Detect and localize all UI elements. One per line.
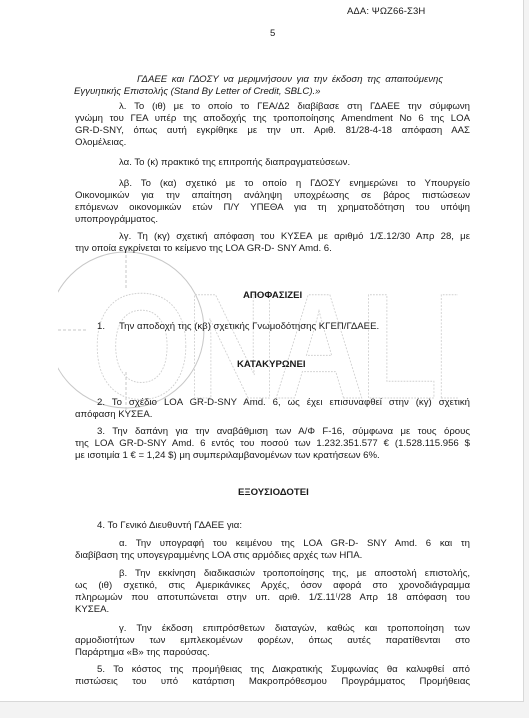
para-lambda-b-1: λβ. Το (κα) σχετικό με το οποίο η ΓΔΟΣΥ … [119,178,470,190]
para-lambda-3: GR-D-SNY, όπως αυτή εγκρίθηκε με την υπ.… [75,125,470,137]
para-lambda-1: λ. Το (ιθ) με το οποίο το ΓΕΑ/Δ2 διαβίβα… [119,101,470,113]
para-lambda-g-2: την οποία εγκρίνεται το κείμενο της LOA … [75,243,332,255]
document-page: ΑΔΑ: ΨΩΖ66-Σ3Η 5 ONALERT ΓΔΑΕΕ και ΓΔΟΣΥ… [0,0,524,702]
item-5-line-2: πιστώσεις του υπό κατάρτιση Μακροπρόθεσμ… [75,676,470,688]
item-1-text: Την αποδοχή της (κβ) σχετικής Γνωμοδότησ… [119,321,379,333]
intro-line-2: Εγγυητικής Επιστολής (Stand By Letter of… [74,86,321,98]
item-4b-line-1: β. Την εκκίνηση διαδικασιών τροποποίησης… [119,568,470,580]
item-1-number: 1. [97,321,105,333]
item-3-line-3: με ισοτιμία 1 € = 1,24 $) μη συμπεριλαμβ… [75,450,380,462]
para-lambda-4: Ολομέλειας. [75,137,126,149]
item-5-line-1: 5. Το κόστος της προμήθειας της Διακρατι… [97,664,470,676]
item-3-line-1: 3. Την δαπάνη για την αναβάθμιση των Α/Φ… [97,426,470,438]
item-3-line-2: της LOA GR-D-SNY Amd. 6 εντός του ποσού … [75,438,470,450]
para-lambda-b-2: Οικονομικών για την απαίτηση ανάληψη υπο… [75,190,470,202]
heading-katakyronei: ΚΑΤΑΚΥΡΩΝΕΙ [237,359,306,371]
item-4b-line-2: ως (ιθ) σχετικό, στις Αμερικάνικες Αρχές… [75,580,470,592]
item-4g-line-2: αρμοδιοτήτων των εμπλεκομένων φορέων, όπ… [75,635,470,647]
page-number: 5 [270,28,275,39]
item-4g-line-3: Παράρτημα «Β» της παρούσας. [75,647,210,659]
item-4b-line-3: πληρωμών που αποτυπώνεται στην υπ. αριθ.… [75,592,470,604]
para-lambda-b-4: υποπρογράμματος. [75,214,158,226]
item-4-intro: 4. Το Γενικό Διευθυντή ΓΔΑΕΕ για: [97,520,242,532]
item-4g-line-1: γ. Την έκδοση επιπρόσθετων διαταγών, καθ… [119,623,470,635]
para-lambda-g-1: λγ. Τη (κγ) σχετική απόφαση του ΚΥΣΕΑ με… [119,231,470,243]
svg-text:ONALERT: ONALERT [92,263,458,418]
heading-apofasizei: ΑΠΟΦΑΣΙΖΕΙ [243,290,302,302]
item-4b-line-4: ΚΥΣΕΑ. [75,604,109,616]
heading-exousiodotei: ΕΞΟΥΣΙΟΔΟΤΕΙ [238,487,309,499]
para-lambda-2: γνώμη του ΓΕΑ υπέρ της αποδοχής της τροπ… [75,113,470,125]
item-2-line-2: απόφαση ΚΥΣΕΑ. [75,409,152,421]
para-lambda-a: λα. Το (κ) πρακτικό της επιτροπής διαπρα… [119,157,350,169]
item-4a-line-2: διαβίβαση της υπογεγραμμένης LOA στις αρ… [75,550,362,562]
ada-code: ΑΔΑ: ΨΩΖ66-Σ3Η [347,6,425,17]
item-4a-line-1: α. Την υπογραφή του κειμένου της LOA GR-… [119,538,470,550]
item-2-line-1: 2. Το σχέδιο LOA GR-D-SNY Amd. 6, ως έχε… [97,397,470,409]
watermark: ONALERT [58,248,458,418]
para-lambda-b-3: επόμενων οικονομικών ετών Π/Υ ΥΠΕΘΑ για … [75,202,470,214]
intro-line-1: ΓΔΑΕΕ και ΓΔΟΣΥ να μεριμνήσουν για την έ… [137,74,443,86]
